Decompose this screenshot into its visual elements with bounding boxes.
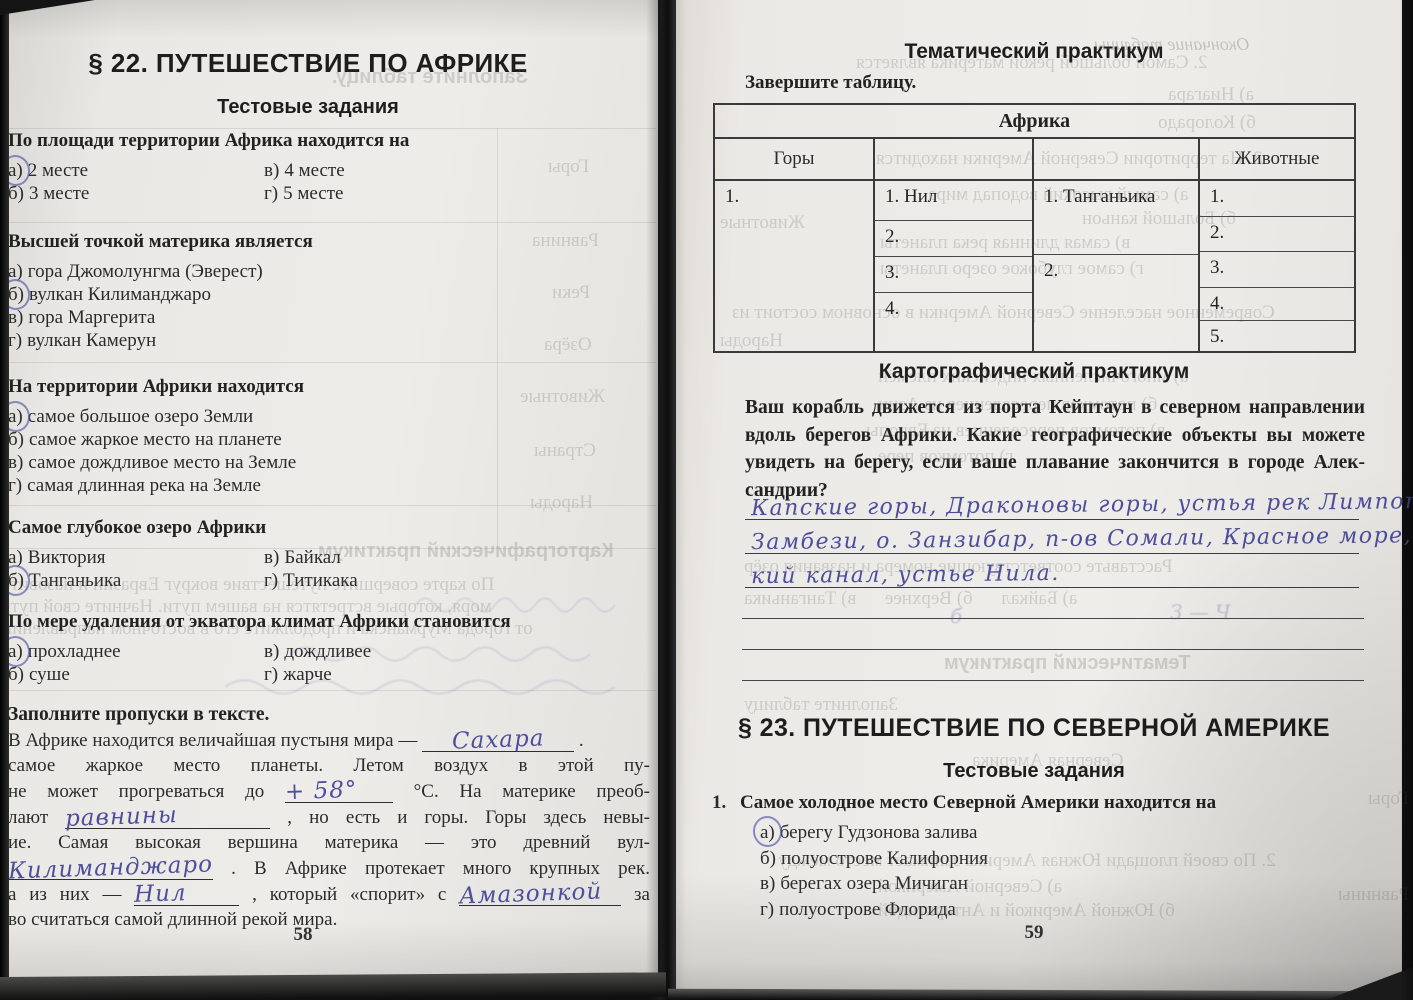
option-text: Титикака — [283, 570, 358, 591]
table-column: 1. Нил2.3.4. — [875, 181, 1034, 351]
option-letter: г) — [8, 474, 22, 497]
question: Самое глубокое озеро Африкиа)Викторияб)Т… — [8, 517, 652, 592]
option: г)Титикака — [264, 569, 652, 592]
table-header-row: Горы Животные — [715, 139, 1354, 181]
task-line: увидеть на берегу, если ваше плавание за… — [745, 449, 1365, 477]
table-cell: 2. — [875, 221, 1032, 257]
table-cell: 4. — [1200, 288, 1354, 321]
printed-text: В Африке находится величайшая пустыня ми… — [8, 730, 422, 751]
option-letter: в) — [760, 871, 775, 897]
option: б)вулкан Килиманджаро — [8, 283, 652, 306]
option-text: самое большое озеро Земли — [28, 406, 253, 427]
fill-line: Килиманджаро . В Африке протекает много … — [8, 855, 650, 881]
table-cell: 5. — [1200, 321, 1354, 351]
option-text: 3 месте — [29, 183, 89, 204]
option: в)4 месте — [264, 159, 652, 182]
page-number-58: 58 — [8, 924, 598, 946]
right-page-edge — [1400, 0, 1413, 1000]
page-59: Тематический практикум Завершите таблицу… — [676, 0, 1402, 992]
thematic-practicum-heading: Тематический практикум — [676, 40, 1392, 64]
handwritten-answer: Амазонкой — [459, 880, 603, 909]
option: б)Танганьика — [8, 569, 264, 592]
printed-text: °С. На материке преоб- — [393, 781, 650, 802]
ruled-line — [742, 650, 1364, 681]
option-text: вулкан Камерун — [27, 330, 156, 351]
option-text: берегу Гудзонова залива — [780, 822, 978, 843]
handwritten-answer: равнины — [65, 803, 178, 831]
option-text: полуострове Калифорния — [781, 848, 988, 869]
table-cell: 1. — [715, 181, 873, 351]
option-letter: а) — [8, 640, 23, 663]
option-letter: в) — [264, 159, 279, 182]
option: б)самое жаркое место на планете — [8, 428, 652, 451]
page-number-59: 59 — [676, 922, 1392, 944]
option-letter: г) — [760, 897, 774, 923]
printed-text: не может прогреваться до — [8, 781, 285, 802]
option: г)полуострове Флорида — [760, 897, 988, 923]
table-cell: 3. — [1200, 252, 1354, 288]
option-text: 2 месте — [28, 160, 88, 181]
option: б)полуострове Калифорния — [760, 846, 988, 872]
option: в)гора Маргерита — [8, 306, 652, 329]
option: в)берегах озера Мичиган — [760, 871, 988, 897]
ruled-line — [742, 588, 1364, 619]
question-options: а)Викторияб)Танганьикав)Байкалг)Титикака — [8, 546, 652, 592]
ink-bleed-handwriting — [225, 678, 615, 696]
option-text: самая длинная река на Земле — [27, 475, 261, 496]
handwritten-text: кий канал, устье Нила. — [745, 551, 1359, 589]
option: а)гора Джомолунгма (Эверест) — [8, 260, 652, 283]
table-col-header-mountains: Горы — [715, 139, 875, 181]
answer-line: кий канал, устье Нила. — [745, 554, 1359, 588]
table-cell: 4. — [875, 293, 1032, 351]
table-cell: 2. — [1200, 217, 1354, 252]
table-col-header-animals: Животные — [1200, 139, 1354, 181]
table-column: 1. Танганьика2. — [1034, 181, 1200, 351]
table-cell: 2. — [1034, 255, 1198, 351]
task-line: вдоль берегов Африки. Какие географическ… — [745, 422, 1365, 450]
question-number: 1. — [712, 792, 726, 814]
ruled-line — [742, 619, 1364, 650]
answer-line: Замбези, о. Занзибар, п-ов Сомали, Красн… — [745, 520, 1359, 554]
left-subtitle: Тестовые задания — [0, 96, 618, 119]
fill-line: а из них — Нил , который «спорит» с Амаз… — [8, 881, 650, 907]
section-23-title: § 23. ПУТЕШЕСТВИЕ ПО СЕВЕРНОЙ АМЕРИКЕ — [676, 714, 1392, 743]
handwritten-answer: Сахара — [452, 726, 545, 753]
section-22-title: § 22. ПУТЕШЕСТВИЕ ПО АФРИКЕ — [0, 48, 618, 79]
option-letter: в) — [264, 546, 279, 569]
printed-text: ие. Самая высокая вершина материка — это… — [8, 832, 650, 853]
option-letter: б) — [8, 569, 24, 592]
question-options: а)2 местеб)3 местев)4 местег)5 месте — [8, 159, 652, 205]
table-column: 1. — [715, 181, 875, 351]
option: а)Виктория — [8, 546, 264, 569]
ink-bleed-handwriting — [290, 645, 590, 663]
option: г)вулкан Камерун — [8, 329, 652, 352]
option-text: гора Маргерита — [28, 307, 155, 328]
option: а)прохладнее — [8, 640, 264, 663]
right-subtitle: Тестовые задания — [676, 760, 1392, 783]
fill-blank: Сахара — [422, 727, 574, 752]
blank-ruled-lines — [742, 588, 1364, 681]
answer-line: Капские горы, Драконовы горы, устья рек … — [745, 486, 1359, 520]
option: в)самое дождливое место на Земле — [8, 451, 652, 474]
option: в)Байкал — [264, 546, 652, 569]
question-stem: Высшей точкой материка является — [8, 231, 652, 253]
option-text: 4 месте — [284, 160, 344, 181]
fill-blank: Амазонкой — [459, 881, 621, 906]
option: а)самое большое озеро Земли — [8, 405, 652, 428]
table-cell: 1. — [1200, 181, 1354, 217]
option-letter: б) — [8, 283, 24, 306]
option-text: самое жаркое место на планете — [29, 429, 282, 450]
fill-line: не может прогреваться до + 58° °С. На ма… — [8, 778, 650, 804]
table-title: Африка — [715, 105, 1354, 139]
option-text: Виктория — [28, 547, 106, 568]
option: г)5 месте — [264, 182, 652, 205]
option-text: вулкан Килиманджаро — [29, 284, 211, 305]
option: б)3 месте — [8, 182, 264, 205]
table-column: 1.2.3.4.5. — [1200, 181, 1354, 351]
table-col-header-lakes — [1034, 139, 1200, 181]
option: г)самая длинная река на Земле — [8, 474, 652, 497]
question: Высшей точкой материка являетсяа)гора Дж… — [8, 231, 652, 352]
table-cell: 3. — [875, 257, 1032, 293]
fill-blank: + 58° — [285, 778, 393, 803]
option-letter: а) — [760, 820, 775, 846]
ink-bleed-line — [8, 128, 656, 129]
option-letter: г) — [8, 329, 22, 352]
table-instruction: Завершите таблицу. — [745, 72, 916, 94]
task-line: Ваш корабль движется из порта Кейптаун в… — [745, 394, 1365, 422]
bottom-page-edge-left — [0, 972, 666, 1000]
table-col-header-rivers — [875, 139, 1034, 181]
option-letter: в) — [8, 451, 23, 474]
fill-line: В Африке находится величайшая пустыня ми… — [8, 727, 650, 753]
option-text: прохладнее — [28, 641, 121, 662]
printed-text: лают — [8, 807, 65, 828]
fill-blank: Килиманджаро — [8, 855, 213, 880]
table-body: 1.1. Нил2.3.4.1. Танганьика2.1.2.3.4.5. — [715, 181, 1354, 351]
table-cell: 1. Нил — [875, 181, 1032, 221]
question-stem: На территории Африки находится — [8, 376, 652, 398]
question-stem: По площади территории Африка находится н… — [8, 130, 652, 152]
printed-text: а из них — — [8, 884, 134, 905]
option-letter: г) — [264, 569, 278, 592]
cartographic-practicum-heading: Картографический практикум — [676, 360, 1392, 384]
option-letter: в) — [264, 640, 279, 663]
printed-text: самое жаркое место планеты. Летом воздух… — [8, 755, 650, 776]
question-options: а)берегу Гудзонова заливаб)полуострове К… — [760, 820, 988, 922]
option-letter: б) — [760, 846, 776, 872]
question: По площади территории Африка находится н… — [8, 130, 652, 205]
option-letter: а) — [8, 159, 23, 182]
question-stem: Самое холодное место Северной Америки на… — [740, 792, 1380, 814]
handwritten-text: Капские горы, Драконовы горы, устья рек … — [745, 483, 1359, 521]
question-stem: Самое глубокое озеро Африки — [8, 517, 652, 539]
option-text: берегах озера Мичиган — [780, 873, 968, 894]
option-letter: а) — [8, 405, 23, 428]
option-text: полуострове Флорида — [779, 899, 956, 920]
question-stem: По мере удаления от экватора климат Афри… — [8, 611, 652, 633]
test-questions: По площади территории Африка находится н… — [8, 130, 652, 706]
question-options: а)гора Джомолунгма (Эверест)б)вулкан Кил… — [8, 260, 652, 352]
ink-bleed-handwriting — [415, 596, 615, 614]
fill-blank: Нил — [134, 881, 239, 906]
option-text: гора Джомолунгма (Эверест) — [28, 261, 263, 282]
fill-in-heading: Заполните пропуски в тексте. — [8, 704, 269, 726]
option: а)2 месте — [8, 159, 264, 182]
option-text: Байкал — [284, 547, 341, 568]
option-text: суше — [29, 664, 70, 685]
fill-line: самое жаркое место планеты. Летом воздух… — [8, 753, 650, 779]
table-cell: 1. Танганьика — [1034, 181, 1198, 255]
printed-text: , но есть и горы. Горы здесь невы- — [270, 807, 650, 828]
fill-in-paragraph: В Африке находится величайшая пустыня ми… — [8, 727, 650, 933]
fill-line: лают равнины , но есть и горы. Горы здес… — [8, 804, 650, 830]
option: а)берегу Гудзонова залива — [760, 820, 988, 846]
printed-text: , который «спорит» с — [239, 884, 459, 905]
handwritten-text: Замбези, о. Занзибар, п-ов Сомали, Красн… — [745, 517, 1359, 555]
option-text: самое дождливое место на Земле — [28, 452, 296, 473]
book-spine-edge — [0, 0, 9, 1000]
option-letter: г) — [264, 182, 278, 205]
printed-text: . В Африке протекает много крупных рек. — [213, 858, 650, 879]
handwritten-answer-block: Капские горы, Драконовы горы, устья рек … — [745, 486, 1359, 588]
bottom-page-edge-right — [668, 989, 1413, 1000]
handwritten-answer: Нил — [134, 881, 187, 907]
book-gutter-shadow — [646, 0, 686, 1000]
page-58: § 22. ПУТЕШЕСТВИЕ ПО АФРИКЕ Тестовые зад… — [8, 0, 658, 978]
printed-text: . — [574, 730, 584, 751]
fill-line: ие. Самая высокая вершина материка — это… — [8, 830, 650, 856]
handwritten-answer: + 58° — [285, 778, 358, 805]
option-text: Танганьика — [29, 570, 121, 591]
fill-blank: равнины — [65, 804, 270, 829]
scanned-workbook-spread: § 22. ПУТЕШЕСТВИЕ ПО АФРИКЕ Тестовые зад… — [0, 0, 1413, 1000]
africa-table: Африка Горы Животные 1.1. Нил2.3.4.1. Та… — [713, 103, 1356, 353]
question: На территории Африки находитсяа)самое бо… — [8, 376, 652, 497]
question-options: а)самое большое озеро Землиб)самое жарко… — [8, 405, 652, 497]
option-text: 5 месте — [283, 183, 343, 204]
